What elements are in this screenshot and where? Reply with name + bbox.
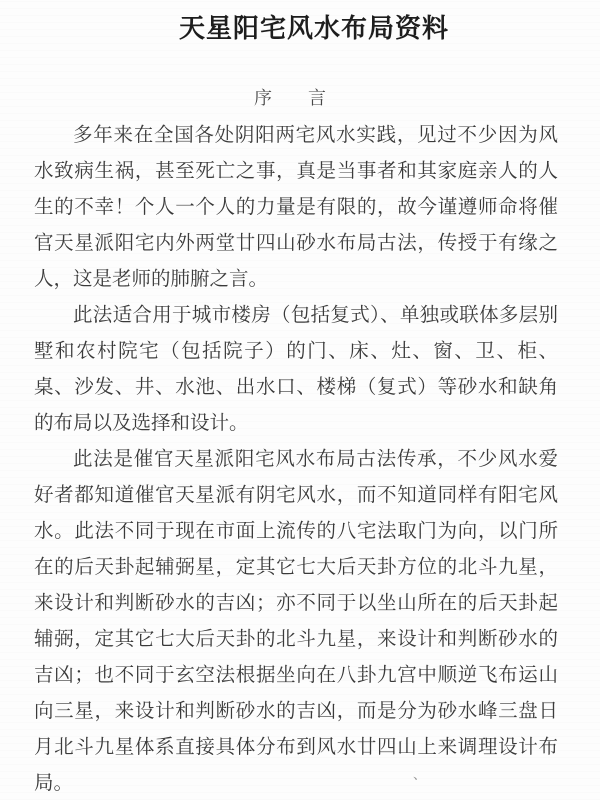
document-title: 天星阳宅风水布局资料: [0, 11, 600, 45]
paragraph-1: 多年来在全国各处阴阳两宅风水实践，见过不少因为风水致病生祸，甚至死亡之事，真是当…: [34, 118, 558, 298]
paragraph-3: 此法是催官天星派阳宅风水布局古法传承，不少风水爱好者都知道催官天星派有阴宅风水，…: [34, 442, 558, 800]
scanned-document-page: 天星阳宅风水布局资料 序 言 多年来在全国各处阴阳两宅风水实践，见过不少因为风水…: [0, 0, 600, 800]
paragraph-2: 此法适合用于城市楼房（包括复式）、单独或联体多层别墅和农村院宅（包括院子）的门、…: [34, 298, 558, 442]
scan-speck-mark: 、: [413, 768, 426, 781]
preface-heading: 序 言: [0, 85, 580, 111]
document-body: 多年来在全国各处阴阳两宅风水实践，见过不少因为风水致病生祸，甚至死亡之事，真是当…: [34, 118, 558, 800]
